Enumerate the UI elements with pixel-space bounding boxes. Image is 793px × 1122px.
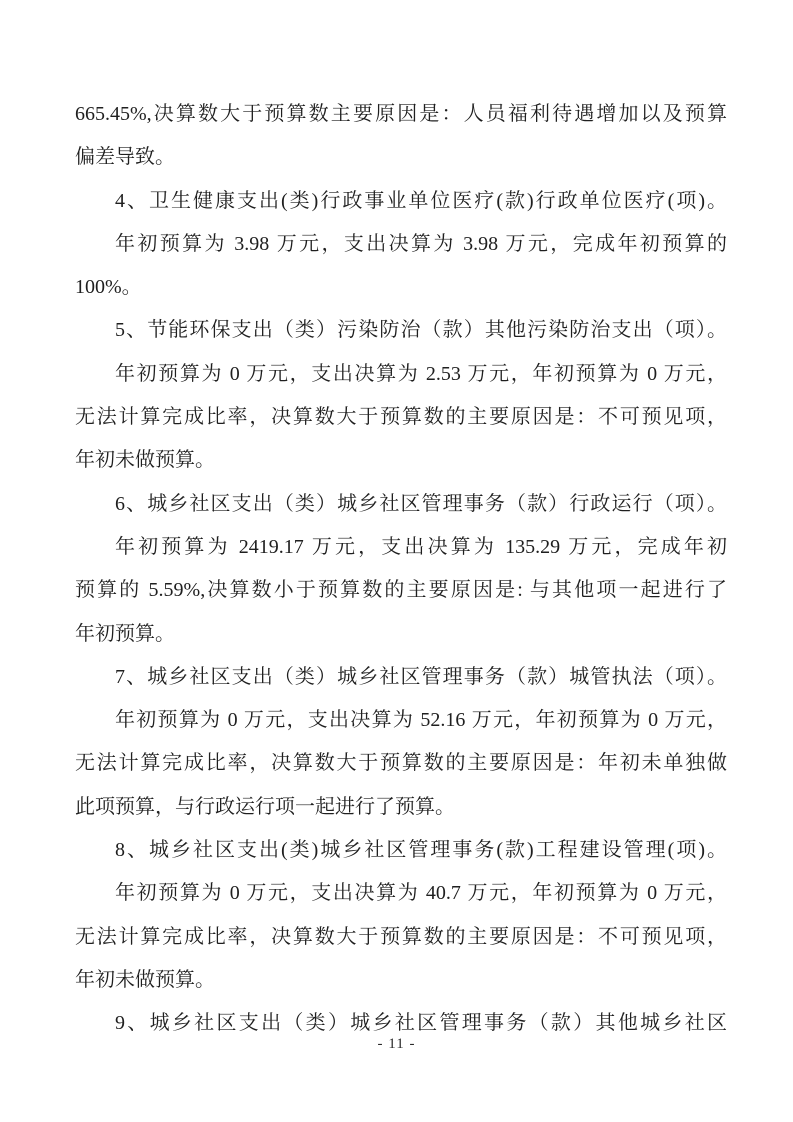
text-line: 7、城乡社区支出（类）城乡社区管理事务（款）城管执法（项）。 (75, 656, 727, 699)
text-line: 年初预算为 0 万元，支出决算为 52.16 万元，年初预算为 0 万元， (75, 699, 727, 742)
text-line: 偏差导致。 (75, 136, 727, 179)
text-line: 无法计算完成比率，决算数大于预算数的主要原因是：年初未单独做 (75, 742, 727, 785)
text-line: 6、城乡社区支出（类）城乡社区管理事务（款）行政运行（项）。 (75, 483, 727, 526)
text-line: 100%。 (75, 266, 727, 309)
text-line: 年初未做预算。 (75, 439, 727, 482)
text-line: 8、城乡社区支出(类)城乡社区管理事务(款)工程建设管理(项)。 (75, 829, 727, 872)
text-line: 年初预算为 2419.17 万元，支出决算为 135.29 万元，完成年初 (75, 526, 727, 569)
text-line: 665.45%,决算数大于预算数主要原因是：人员福利待遇增加以及预算 (75, 93, 727, 136)
text-line: 此项预算，与行政运行项一起进行了预算。 (75, 786, 727, 829)
text-line: 年初预算。 (75, 613, 727, 656)
text-line: 无法计算完成比率，决算数大于预算数的主要原因是：不可预见项， (75, 396, 727, 439)
text-line: 4、卫生健康支出(类)行政事业单位医疗(款)行政单位医疗(项)。 (75, 180, 727, 223)
document-page: 665.45%,决算数大于预算数主要原因是：人员福利待遇增加以及预算 偏差导致。… (0, 0, 793, 1122)
text-line: 无法计算完成比率，决算数大于预算数的主要原因是：不可预见项， (75, 916, 727, 959)
text-line: 年初预算为 0 万元，支出决算为 40.7 万元，年初预算为 0 万元， (75, 872, 727, 915)
text-line: 年初预算为 3.98 万元，支出决算为 3.98 万元，完成年初预算的 (75, 223, 727, 266)
text-line: 5、节能环保支出（类）污染防治（款）其他污染防治支出（项）。 (75, 309, 727, 352)
text-line: 年初未做预算。 (75, 959, 727, 1002)
text-line: 年初预算为 0 万元，支出决算为 2.53 万元，年初预算为 0 万元， (75, 353, 727, 396)
document-body: 665.45%,决算数大于预算数主要原因是：人员福利待遇增加以及预算 偏差导致。… (75, 93, 727, 1046)
page-number: - 11 - (0, 1036, 793, 1053)
text-line: 预算的 5.59%,决算数小于预算数的主要原因是: 与其他项一起进行了 (75, 569, 727, 612)
